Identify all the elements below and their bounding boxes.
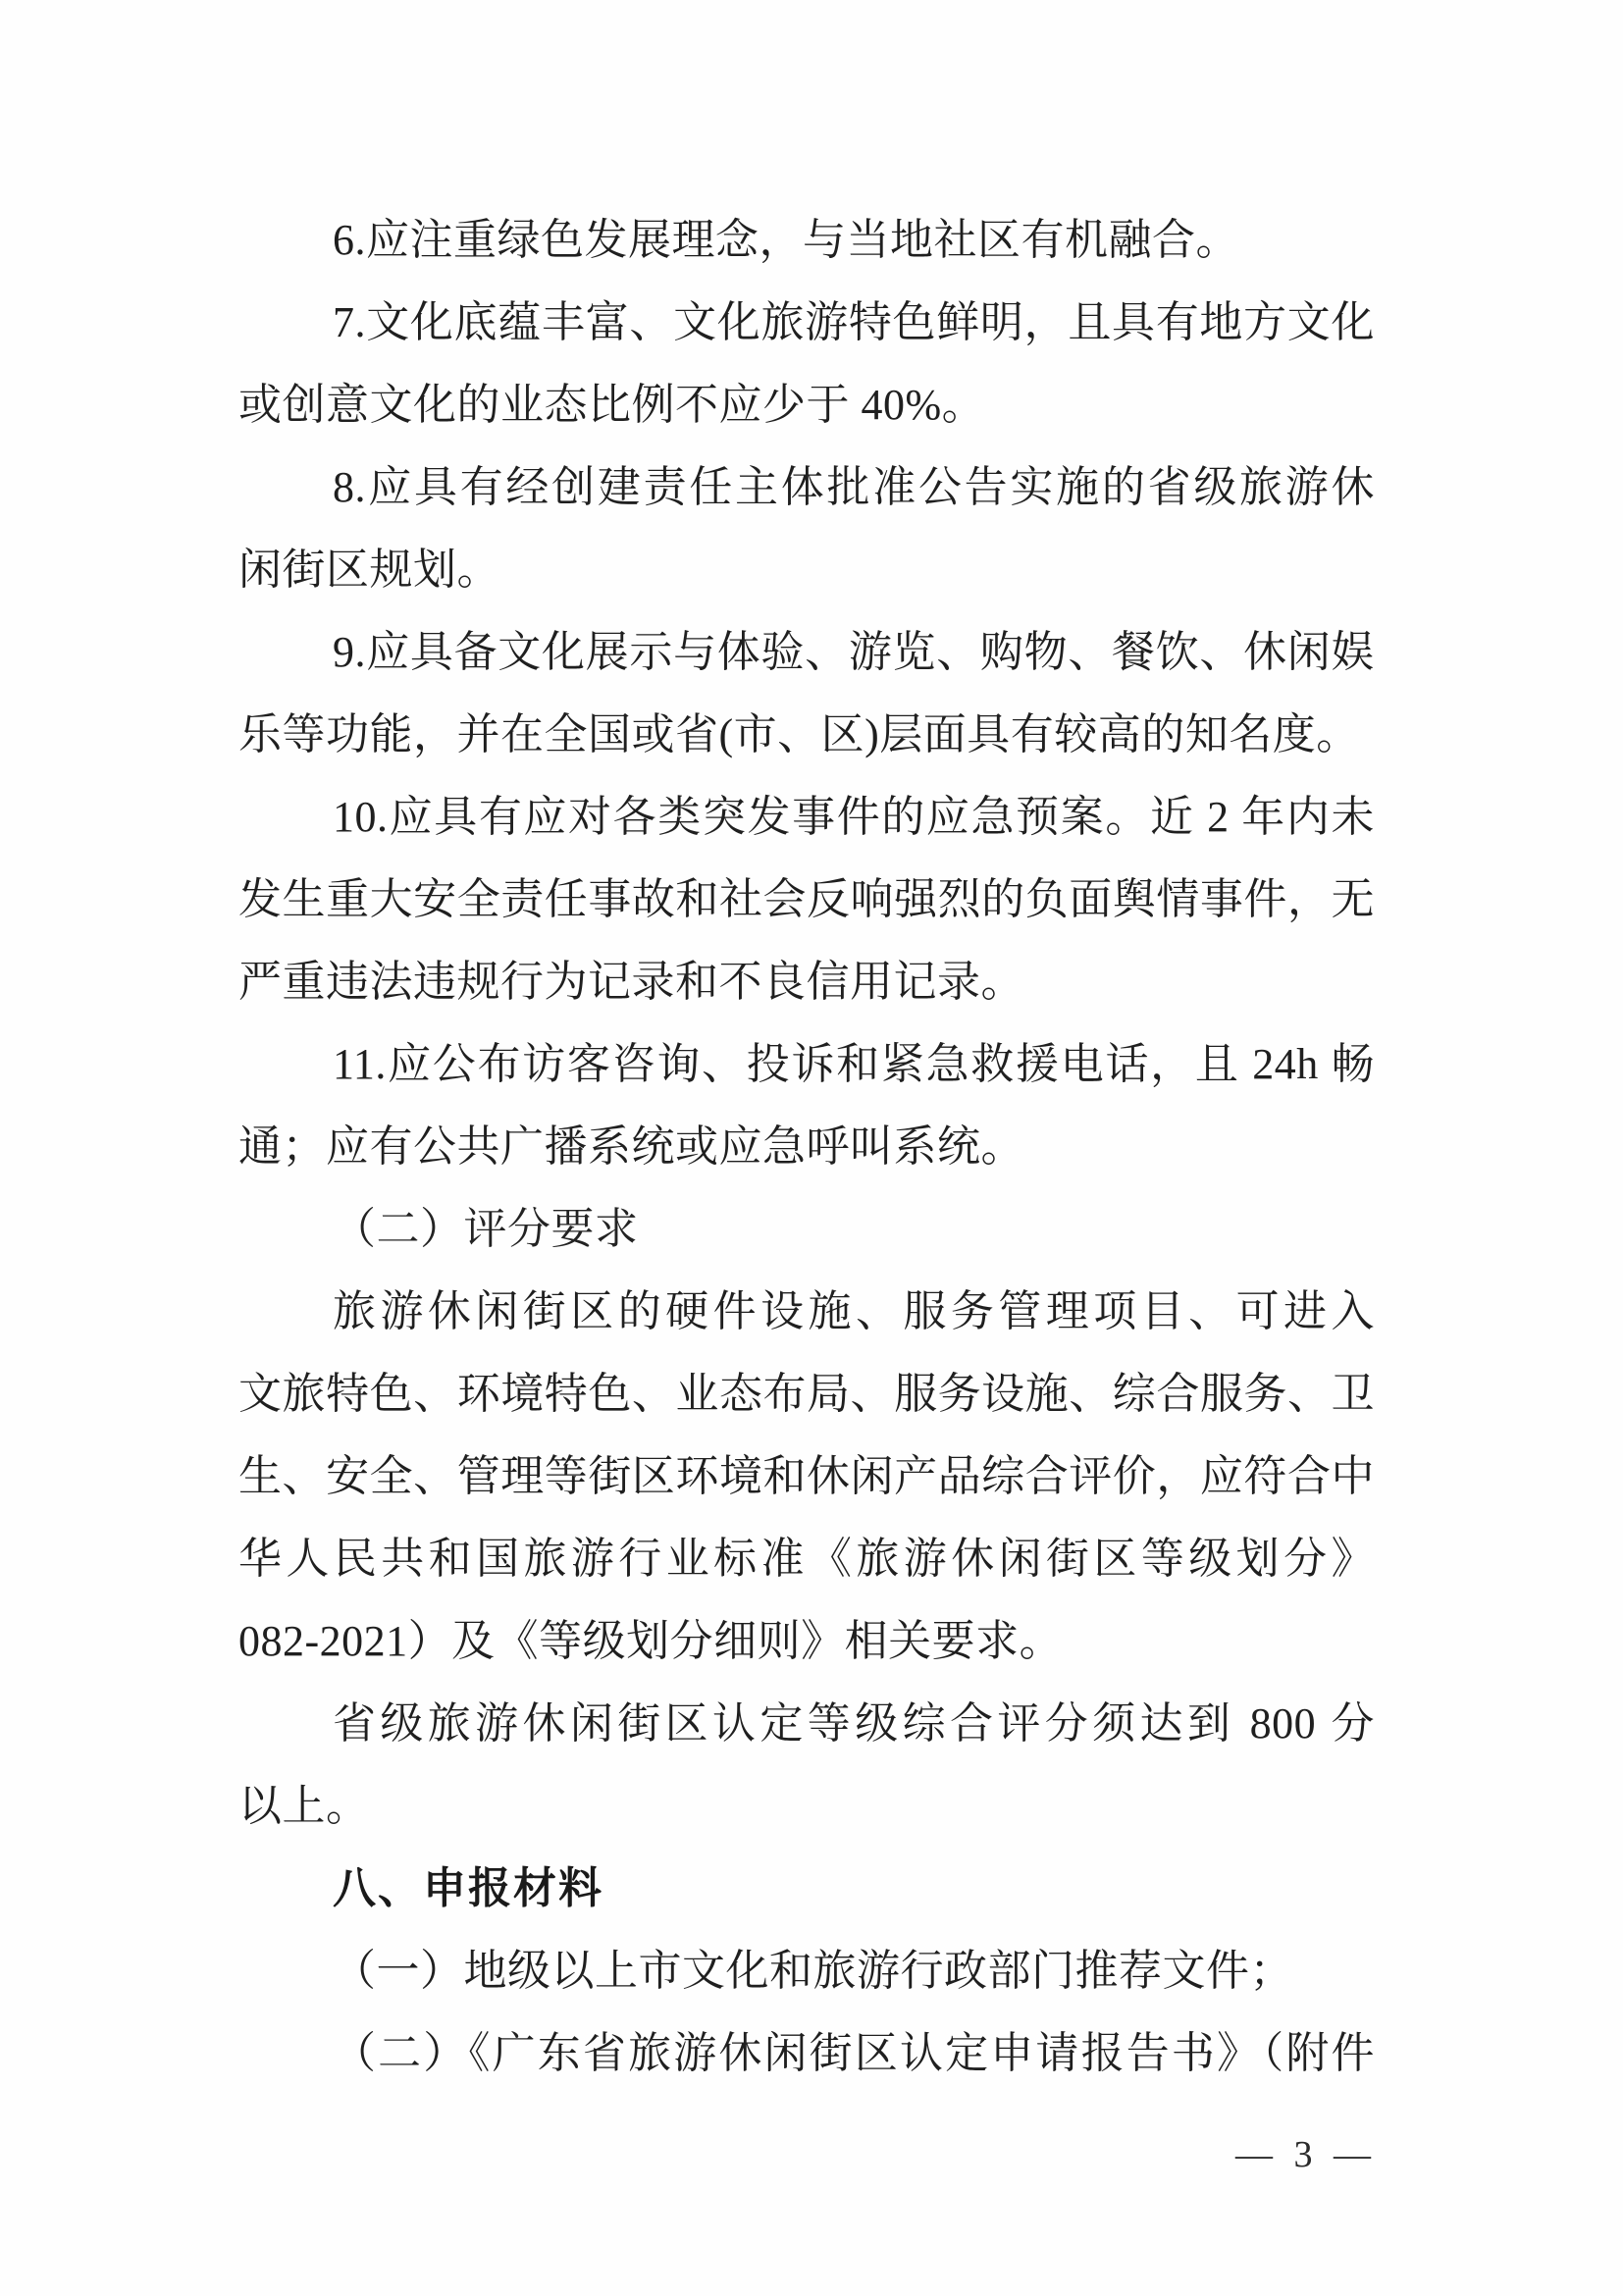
body-text-line: （二）《广东省旅游休闲街区认定申请报告书》（附件 2）， — [238, 2012, 1375, 2095]
body-text-line: 或创意文化的业态比例不应少于 40%。 — [238, 364, 1375, 446]
body-text-line: 发生重大安全责任事故和社会反响强烈的负面舆情事件，无 — [238, 859, 1375, 941]
subsection-heading-scoring-requirements: （二）评分要求 — [238, 1188, 1375, 1271]
body-text-line: 以上。 — [238, 1765, 1375, 1848]
body-text-line: 乐等功能，并在全国或省(市、区)层面具有较高的知名度。 — [238, 694, 1375, 776]
body-text-line: 文旅特色、环境特色、业态布局、服务设施、综合服务、卫 — [238, 1353, 1375, 1435]
body-text-line: 6.应注重绿色发展理念，与当地社区有机融合。 — [238, 199, 1375, 282]
body-text-line: 严重违法违规行为记录和不良信用记录。 — [238, 941, 1375, 1023]
document-page: 6.应注重绿色发展理念，与当地社区有机融合。 7.文化底蕴丰富、文化旅游特色鲜明… — [0, 0, 1623, 2296]
body-text-line: 生、安全、管理等街区环境和休闲产品综合评价，应符合中 — [238, 1435, 1375, 1518]
body-text-line: 9.应具备文化展示与体验、游览、购物、餐饮、休闲娱 — [238, 611, 1375, 694]
body-text-line: 10.应具有应对各类突发事件的应急预案。近 2 年内未 — [238, 776, 1375, 859]
body-text-line: 082-2021）及《等级划分细则》相关要求。 — [238, 1600, 1375, 1683]
document-body: 6.应注重绿色发展理念，与当地社区有机融合。 7.文化底蕴丰富、文化旅游特色鲜明… — [238, 199, 1375, 2095]
body-text-line: 7.文化底蕴丰富、文化旅游特色鲜明，且具有地方文化 — [238, 282, 1375, 364]
body-text-line: 11.应公布访客咨询、投诉和紧急救援电话，且 24h 畅 — [238, 1023, 1375, 1106]
body-text-line: （一）地级以上市文化和旅游行政部门推荐文件； — [238, 1930, 1375, 2012]
body-text-line: 省级旅游休闲街区认定等级综合评分须达到 800 分（含） — [238, 1683, 1375, 1765]
body-text-line: 闲街区规划。 — [238, 529, 1375, 611]
page-number: — 3 — — [238, 2127, 1377, 2182]
body-text-line: 旅游休闲街区的硬件设施、服务管理项目、可进入性、 — [238, 1271, 1375, 1353]
section-heading-application-materials: 八、申报材料 — [238, 1848, 1375, 1930]
body-text-line: 8.应具有经创建责任主体批准公告实施的省级旅游休 — [238, 446, 1375, 529]
body-text-line: 华人民共和国旅游行业标准《旅游休闲街区等级划分》（LB/T — [238, 1518, 1375, 1600]
body-text-line: 通；应有公共广播系统或应急呼叫系统。 — [238, 1106, 1375, 1188]
